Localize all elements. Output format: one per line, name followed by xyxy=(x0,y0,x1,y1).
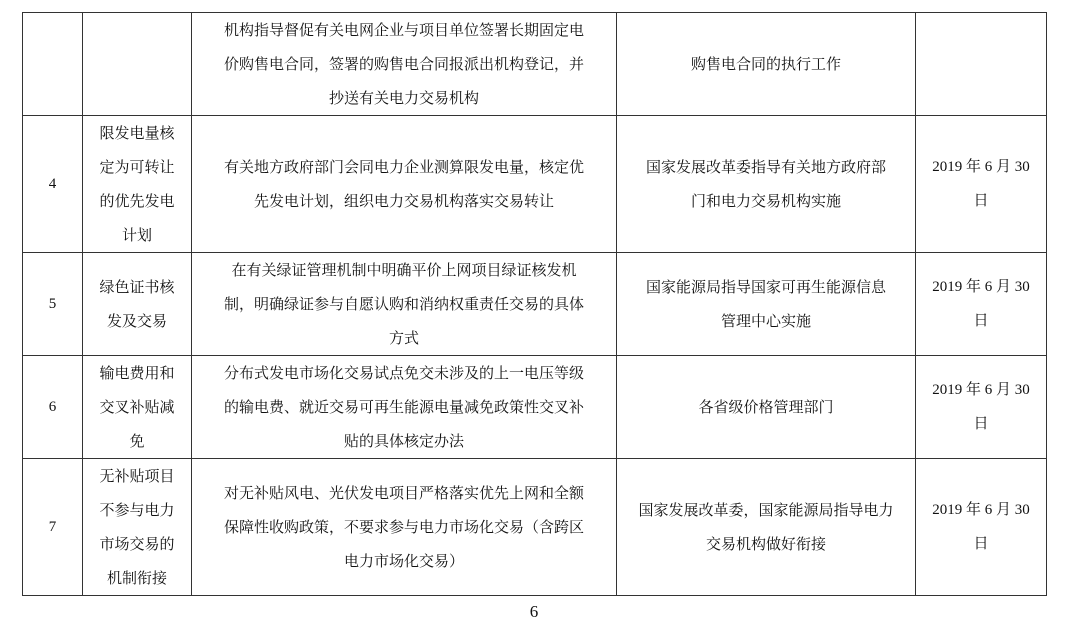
task-content-cell: 机构指导督促有关电网企业与项目单位签署长期固定电价购售电合同，签署的购售电合同报… xyxy=(192,13,617,116)
task-item-line: 绿色证书核 xyxy=(91,270,183,304)
task-item-line: 的优先发电 xyxy=(91,184,183,218)
task-item-line: 机制衔接 xyxy=(91,561,183,595)
task-item-cell: 绿色证书核发及交易 xyxy=(83,253,192,356)
task-content-line: 对无补贴风电、光伏发电项目严格落实优先上网和全额 xyxy=(200,476,608,510)
row-number-cell: 5 xyxy=(23,253,83,356)
task-content-line: 抄送有关电力交易机构 xyxy=(200,81,608,115)
deadline-cell xyxy=(916,13,1047,116)
task-content-cell: 分布式发电市场化交易试点免交未涉及的上一电压等级的输电费、就近交易可再生能源电量… xyxy=(192,356,617,459)
responsible-unit-line: 购售电合同的执行工作 xyxy=(625,47,907,81)
page-number: 6 xyxy=(0,602,1068,622)
task-content-line: 价购售电合同，签署的购售电合同报派出机构登记，并 xyxy=(200,47,608,81)
deadline-line: 2019 年 6 月 30 xyxy=(924,270,1038,304)
task-item-cell xyxy=(83,13,192,116)
task-content-line: 先发电计划，组织电力交易机构落实交易转让 xyxy=(200,184,608,218)
task-content-line: 的输电费、就近交易可再生能源电量减免政策性交叉补 xyxy=(200,390,608,424)
task-content-cell: 在有关绿证管理机制中明确平价上网项目绿证核发机制，明确绿证参与自愿认购和消纳权重… xyxy=(192,253,617,356)
deadline-line: 日 xyxy=(924,527,1038,561)
task-content-cell: 对无补贴风电、光伏发电项目严格落实优先上网和全额保障性收购政策，不要求参与电力市… xyxy=(192,459,617,596)
table-row: 7无补贴项目不参与电力市场交易的机制衔接对无补贴风电、光伏发电项目严格落实优先上… xyxy=(23,459,1047,596)
task-item-line: 输电费用和 xyxy=(91,356,183,390)
task-content-line: 保障性收购政策，不要求参与电力市场化交易（含跨区 xyxy=(200,510,608,544)
responsible-unit-line: 各省级价格管理部门 xyxy=(625,390,907,424)
task-item-line: 交叉补贴减 xyxy=(91,390,183,424)
task-content-line: 贴的具体核定办法 xyxy=(200,424,608,458)
row-number-cell: 6 xyxy=(23,356,83,459)
task-content-line: 电力市场化交易） xyxy=(200,544,608,578)
row-number-cell: 4 xyxy=(23,116,83,253)
task-item-line: 限发电量核 xyxy=(91,116,183,150)
deadline-cell: 2019 年 6 月 30日 xyxy=(916,253,1047,356)
row-number-cell xyxy=(23,13,83,116)
task-content-line: 在有关绿证管理机制中明确平价上网项目绿证核发机 xyxy=(200,253,608,287)
task-item-line: 无补贴项目 xyxy=(91,459,183,493)
deadline-line: 日 xyxy=(924,304,1038,338)
deadline-line: 2019 年 6 月 30 xyxy=(924,493,1038,527)
responsible-unit-cell: 各省级价格管理部门 xyxy=(617,356,916,459)
task-content-line: 分布式发电市场化交易试点免交未涉及的上一电压等级 xyxy=(200,356,608,390)
task-content-line: 机构指导督促有关电网企业与项目单位签署长期固定电 xyxy=(200,13,608,47)
responsible-unit-cell: 国家能源局指导国家可再生能源信息管理中心实施 xyxy=(617,253,916,356)
task-item-line: 市场交易的 xyxy=(91,527,183,561)
deadline-line: 日 xyxy=(924,184,1038,218)
task-content-cell: 有关地方政府部门会同电力企业测算限发电量，核定优先发电计划，组织电力交易机构落实… xyxy=(192,116,617,253)
row-number-cell: 7 xyxy=(23,459,83,596)
task-item-line: 免 xyxy=(91,424,183,458)
responsible-unit-line: 交易机构做好衔接 xyxy=(625,527,907,561)
task-item-line: 发及交易 xyxy=(91,304,183,338)
table-row: 机构指导督促有关电网企业与项目单位签署长期固定电价购售电合同，签署的购售电合同报… xyxy=(23,13,1047,116)
table-row: 4限发电量核定为可转让的优先发电计划有关地方政府部门会同电力企业测算限发电量，核… xyxy=(23,116,1047,253)
task-content-line: 方式 xyxy=(200,321,608,355)
task-item-cell: 无补贴项目不参与电力市场交易的机制衔接 xyxy=(83,459,192,596)
deadline-line: 日 xyxy=(924,407,1038,441)
responsible-unit-cell: 购售电合同的执行工作 xyxy=(617,13,916,116)
table-row: 5绿色证书核发及交易在有关绿证管理机制中明确平价上网项目绿证核发机制，明确绿证参… xyxy=(23,253,1047,356)
deadline-cell: 2019 年 6 月 30日 xyxy=(916,459,1047,596)
task-content-line: 制，明确绿证参与自愿认购和消纳权重责任交易的具体 xyxy=(200,287,608,321)
task-item-line: 计划 xyxy=(91,218,183,252)
table-row: 6输电费用和交叉补贴减免分布式发电市场化交易试点免交未涉及的上一电压等级的输电费… xyxy=(23,356,1047,459)
responsible-unit-cell: 国家发展改革委指导有关地方政府部门和电力交易机构实施 xyxy=(617,116,916,253)
task-item-line: 不参与电力 xyxy=(91,493,183,527)
responsible-unit-line: 门和电力交易机构实施 xyxy=(625,184,907,218)
task-item-cell: 输电费用和交叉补贴减免 xyxy=(83,356,192,459)
task-content-line: 有关地方政府部门会同电力企业测算限发电量，核定优 xyxy=(200,150,608,184)
policy-task-table: 机构指导督促有关电网企业与项目单位签署长期固定电价购售电合同，签署的购售电合同报… xyxy=(22,12,1047,596)
responsible-unit-line: 国家能源局指导国家可再生能源信息 xyxy=(625,270,907,304)
responsible-unit-line: 管理中心实施 xyxy=(625,304,907,338)
deadline-line: 2019 年 6 月 30 xyxy=(924,150,1038,184)
task-item-line: 定为可转让 xyxy=(91,150,183,184)
responsible-unit-line: 国家发展改革委，国家能源局指导电力 xyxy=(625,493,907,527)
task-item-cell: 限发电量核定为可转让的优先发电计划 xyxy=(83,116,192,253)
responsible-unit-line: 国家发展改革委指导有关地方政府部 xyxy=(625,150,907,184)
deadline-line: 2019 年 6 月 30 xyxy=(924,373,1038,407)
deadline-cell: 2019 年 6 月 30日 xyxy=(916,356,1047,459)
responsible-unit-cell: 国家发展改革委，国家能源局指导电力交易机构做好衔接 xyxy=(617,459,916,596)
deadline-cell: 2019 年 6 月 30日 xyxy=(916,116,1047,253)
